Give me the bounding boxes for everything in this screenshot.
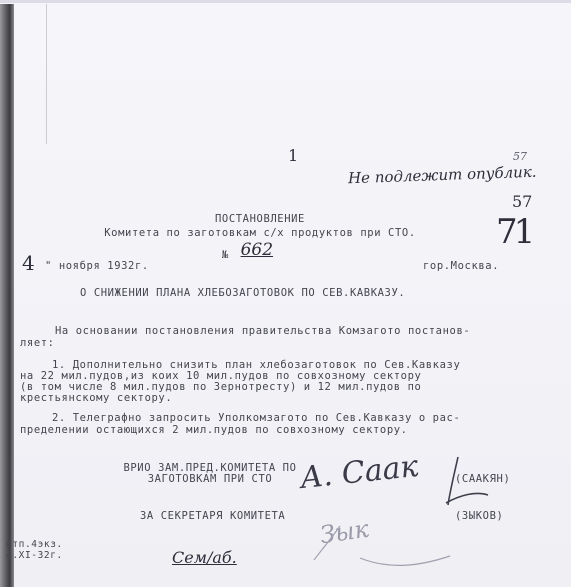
restriction-note: Не подлежит опублик. [348,163,537,188]
preamble-line-2: ляет: [20,337,55,349]
item-2-line-2: пределении остающихся 2 мил.пудов по сов… [20,424,408,436]
chair-name: (СААКЯН) [455,473,510,485]
chair-signature: А. Саак [298,449,419,496]
copy-line-2: 4.XI-32г. [6,550,63,561]
secretary-title: ЗА СЕКРЕТАРЯ КОМИТЕТА [140,510,285,522]
date-day: 4 [22,251,35,275]
copy-line-1: отп.4экз. [6,539,63,550]
doc-number: № 662 [222,240,271,260]
top-mark: 1 [288,146,298,165]
item-1-line-4: крестьянскому сектору. [20,392,172,404]
secretary-signature-flourish [300,520,460,580]
sheet-number: 71 [496,212,531,252]
scan-top-edge [0,0,571,3]
doc-title: О СНИЖЕНИИ ПЛАНА ХЛЕБОЗАГОТОВОК ПО СЕВ.К… [80,287,405,299]
page-number: 57 [512,192,532,211]
margin-line [46,4,47,144]
handwritten-footer-note: Сем/аб. [172,548,237,567]
doc-type: ПОСТАНОВЛЕНИЕ [60,213,460,225]
number-prefix: № [222,249,229,261]
binding-edge [0,4,14,587]
secretary-name: (ЗЫКОВ) [455,510,503,522]
corner-mark: 57 [513,150,527,163]
item-2-line-1: 2. Телеграфно запросить Уполкомзагото по… [52,412,460,424]
issuer: Комитета по заготовкам с/х продуктов при… [60,227,460,239]
number-value: 662 [241,240,273,260]
place: гор.Москва. [423,260,499,272]
chair-signature-flourish [440,455,500,515]
date-text: " ноября 1932г. [45,260,149,272]
preamble-line-1: На основании постановления правительства… [55,325,470,337]
chair-title-2: ЗАГОТОВКАМ ПРИ СТО [100,473,320,485]
document-page: 1 57 Не подлежит опублик. 57 71 ПОСТАНОВ… [0,0,571,587]
